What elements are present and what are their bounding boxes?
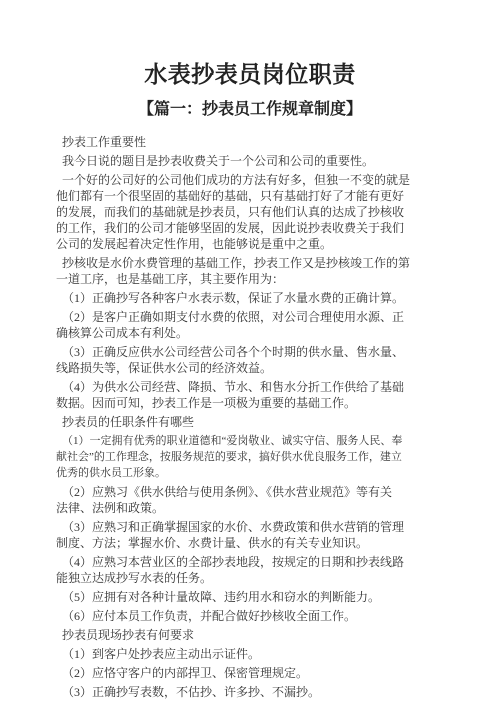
paragraph: 抄核收是水价水费管理的基础工作，抄表工作又是抄核竣工作的第 一道工序，也是基础工… [56,255,456,287]
document-title: 水表抄表员岗位职责 [0,0,500,89]
paragraph: 抄表员的任职条件有哪些 [56,414,456,430]
paragraph: （1）到客户处抄表应主动出示证件。 [56,646,456,662]
paragraph: （6）应付本员工作负责，并配合做好抄核收全面工作。 [56,608,456,624]
paragraph: 一个好的公司好的公司他们成功的方法有好多，但独一不变的就是 他们都有一个很坚固的… [56,172,456,252]
paragraph: （2）应熟习《供水供给与使用条例》、《供水营业规范》等有关 法律、法例和政策。 [56,484,456,516]
paragraph: （3）正确反应供水公司经营公司各个个时期的供水量、售水量、 线路损失等，保证供水… [56,344,456,376]
paragraph: （1）一定拥有优秀的职业道德和“爱岗敬业、诚实守信、服务人民、奉 献社会”的工作… [56,433,456,481]
paragraph: （5）应拥有对各种计量故障、违约用水和窃水的判断能力。 [56,589,456,605]
paragraph: （1）正确抄写各种客户水表示数，保证了水量水费的正确计算。 [56,290,456,306]
paragraph: 抄表工作重要性 [56,134,456,150]
paragraph: 我今日说的题目是抄表收费关于一个公司和公司的重要性。 [56,153,456,169]
paragraph: 抄表员现场抄表有何要求 [56,627,456,643]
paragraph: （2）应恪守客户的内部捍卫、保密管理规定。 [56,665,456,681]
paragraph: （3）应熟习和正确掌握国家的水价、水费政策和供水营销的管理 制度、方法；掌握水价… [56,519,456,551]
document-body: 抄表工作重要性我今日说的题目是抄表收费关于一个公司和公司的重要性。一个好的公司好… [56,134,456,700]
paragraph: （4）为供水公司经营、降损、节水、和售水分折工作供给了基础 数据。因而可知，抄表… [56,379,456,411]
document-subtitle: 【篇一：抄表员工作规章制度】 [0,96,500,119]
paragraph: （2）是客户正确如期支付水费的依照，对公司合理使用水源、正 确核算公司成本有利处… [56,309,456,341]
paragraph: （3）正确抄写表数，不估抄、许多抄、不漏抄。 [56,684,456,700]
paragraph: （4）应熟习本营业区的全部抄表地段，按规定的日期和抄表线路 能独立达成抄写水表的… [56,554,456,586]
document-page: 水表抄表员岗位职责 【篇一：抄表员工作规章制度】 抄表工作重要性我今日说的题目是… [0,0,500,708]
